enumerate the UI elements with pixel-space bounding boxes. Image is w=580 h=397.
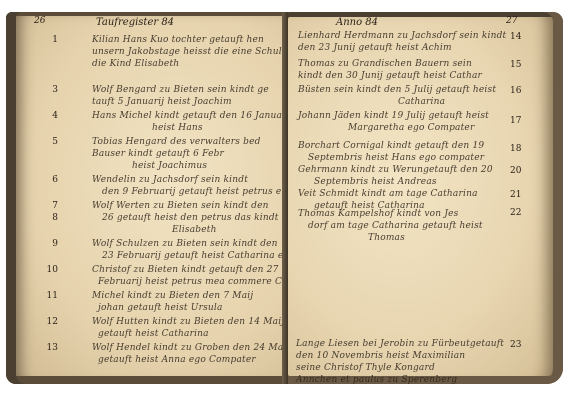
- entry-number: 17: [510, 116, 521, 126]
- register-entry: 10 Christof zu Bieten kindt getauft den …: [42, 264, 288, 288]
- register-entry: 9 Wolf Schulzen zu Bieten sein kindt den…: [42, 238, 288, 262]
- entry-number: 21: [510, 190, 521, 200]
- entry-number: 15: [510, 60, 521, 70]
- register-entry: 6 Wendelin zu Jachsdorf sein kindt den 9…: [42, 174, 288, 198]
- register-entry: Thomas zu Grandischen Bauern sein kindt …: [298, 58, 482, 82]
- register-entry: Lienhard Herdmann zu Jachsdorf sein kind…: [298, 30, 506, 54]
- register-entry: 5 Tobias Hengard des verwalters bed Baus…: [42, 136, 261, 172]
- entry-number: 23: [510, 340, 521, 350]
- register-entry: 4 Hans Michel kindt getauft den 16 Janua…: [42, 110, 287, 134]
- entry-number: 16: [510, 86, 521, 96]
- entry-number: 20: [510, 166, 521, 176]
- register-entry: 1 Kilian Hans Kuo tochter getauft hen un…: [42, 34, 287, 70]
- register-entry: Büsten sein kindt den 5 Julij getauft he…: [298, 84, 496, 108]
- left-page-heading: Taufregister 84: [96, 17, 174, 28]
- entry-number: 18: [510, 144, 521, 154]
- register-entry: Lange Liesen bei Jerobin zu Fürbeutgetau…: [296, 338, 504, 384]
- open-manuscript-book: 26 Taufregister 84 1 Kilian Hans Kuo toc…: [6, 12, 568, 384]
- left-page: 26 Taufregister 84 1 Kilian Hans Kuo toc…: [6, 12, 288, 384]
- register-entry: 8 26 getauft heist den petrus das kindt …: [42, 212, 279, 236]
- register-entry: 3 Wolf Bengard zu Bieten sein kindt ge t…: [42, 84, 269, 108]
- entry-number: 14: [510, 32, 521, 42]
- register-entry: Gehrmann kindt zu Werungetauft den 20 Se…: [298, 164, 493, 188]
- left-page-number: 26: [34, 16, 45, 26]
- register-entry: Borchart Cornigal kindt getauft den 19 S…: [298, 140, 484, 164]
- register-entry: 11 Michel kindt zu Bieten den 7 Maij joh…: [42, 290, 253, 314]
- register-entry: 13 Wolf Hendel kindt zu Groben den 24 Ma…: [42, 342, 288, 366]
- register-entry: Thomas Kampelshof kindt von Jes dorf am …: [298, 208, 483, 244]
- entry-number: 22: [510, 208, 521, 218]
- register-entry: Johann Jäden kindt 19 Julij getauft heis…: [298, 110, 489, 134]
- right-page: Anno 84 27 Lienhard Herdmann zu Jachsdor…: [288, 12, 563, 384]
- right-page-heading: Anno 84: [336, 17, 378, 28]
- right-page-number: 27: [506, 16, 517, 26]
- register-entry: 7 Wolf Werten zu Bieten sein kindt den: [42, 200, 269, 212]
- register-entry: 12 Wolf Hutten kindt zu Bieten den 14 Ma…: [42, 316, 284, 340]
